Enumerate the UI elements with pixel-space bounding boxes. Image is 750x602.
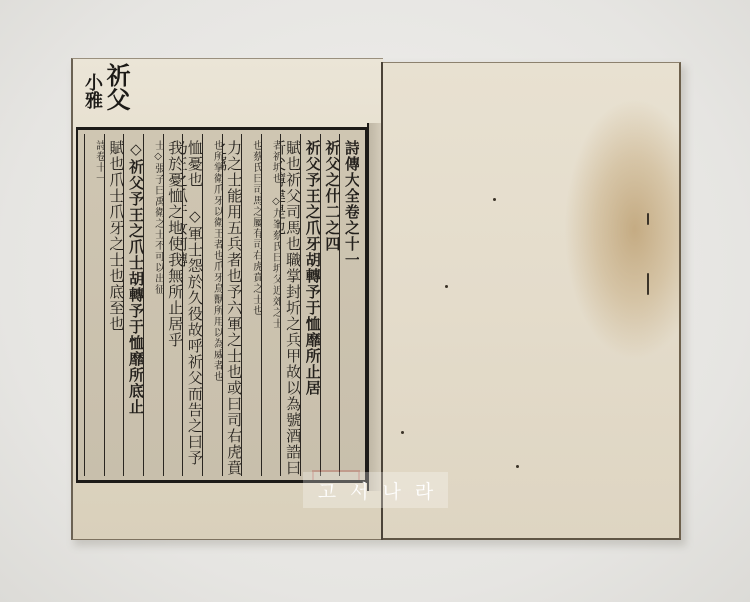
right-page (383, 62, 681, 540)
text-column: ◇祈父予王之爪士胡轉予于恤靡所底止 (123, 134, 143, 476)
ink-mark (647, 273, 649, 295)
watermark: 고서나라 (303, 472, 448, 508)
margin-marker (78, 480, 92, 483)
text-column: 我於憂恤之地使我無所止居乎 (163, 134, 183, 476)
text-column: 祈父之什二之四 (320, 134, 340, 476)
text-column: 也所掌衛爪牙以衛王者也爪牙鳥獸所用以為威者也 (202, 134, 222, 476)
text-column: 也蔡氏曰司馬之屬有司右虎賁之士也 (241, 134, 261, 476)
margin-label: 詩卷十一 (84, 134, 104, 476)
text-column: 恤憂也 ◇軍士怨於久役故呼祈父而告之曰予乃王之爪牙汝何轉 (182, 134, 202, 476)
title-label: 小雅 祈父 (83, 63, 128, 111)
printed-text-frame: 詩傳大全卷之十一 祈父之什二之四 祈父予王之爪牙胡轉予于恤靡所止居 賦也祈父司馬… (76, 127, 368, 483)
ink-mark (647, 213, 649, 225)
volume-header: 詩傳大全卷之十一 (339, 134, 359, 476)
text-column: 者祈圻也 ◇九峯蔡氏曰圻父近郊之士 (261, 134, 281, 476)
text-column: 力之士能用五兵者也予六軍之士也或曰司右虎賁之屬 (222, 134, 242, 476)
text-column: 賦也爪士爪牙之士也底至也 (104, 134, 124, 476)
ink-spot (493, 198, 496, 201)
ink-spot (516, 465, 519, 468)
left-page: 小雅 祈父 詩傳大全卷之十一 祈父之什二之四 祈父予王之爪牙胡轉予于恤靡所止居 … (71, 58, 383, 540)
title-label-section: 小雅 (83, 73, 101, 111)
text-column: 賦也祈父司馬也職掌封圻之兵甲故以為號酒誥曰圻父薄違是也 (280, 134, 300, 476)
text-column: 士◇張子曰禹衛之士不可以出征 (143, 134, 163, 476)
ink-spot (445, 285, 448, 288)
text-column: 祈父予王之爪牙胡轉予于恤靡所止居 (300, 134, 320, 476)
book-spine (381, 62, 383, 540)
page-header: 小雅 祈父 (75, 59, 375, 125)
ink-spot (401, 431, 404, 434)
text-columns: 詩傳大全卷之十一 祈父之什二之四 祈父予王之爪牙胡轉予于恤靡所止居 賦也祈父司馬… (84, 134, 359, 476)
title-label-poem: 祈父 (104, 63, 128, 111)
